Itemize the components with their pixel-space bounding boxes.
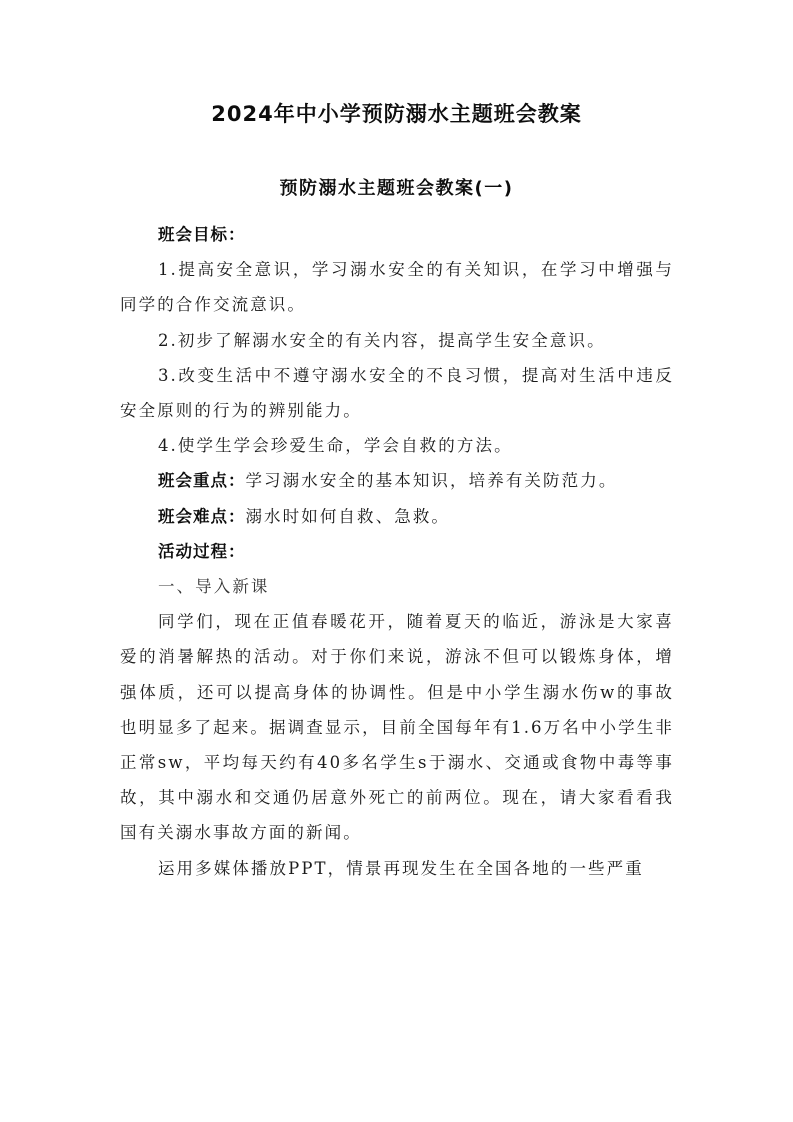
objective-item-4: 4.使学生学会珍爱生命，学会自救的方法。 xyxy=(120,428,674,463)
key-point-label: 班会重点： xyxy=(158,471,246,490)
document-title: 2024年中小学预防溺水主题班会教案 xyxy=(0,98,793,130)
objectives-heading: 班会目标： xyxy=(120,217,674,252)
difficulty-text: 溺水时如何自救、急救。 xyxy=(245,507,450,526)
lesson-plan-subtitle: 预防溺水主题班会教案(一) xyxy=(0,174,793,204)
objective-item-1: 1.提高安全意识，学习溺水安全的有关知识，在学习中增强与同学的合作交流意识。 xyxy=(120,252,674,322)
process-heading: 活动过程： xyxy=(120,534,674,569)
intro-paragraph: 同学们，现在正值春暖花开，随着夏天的临近，游泳是大家喜爱的消暑解热的活动。对于你… xyxy=(120,604,674,850)
objective-item-3: 3.改变生活中不遵守溺水安全的不良习惯，提高对生活中违反安全原则的行为的辨别能力… xyxy=(120,358,674,428)
document-page: 2024年中小学预防溺水主题班会教案 预防溺水主题班会教案(一) 班会目标： 1… xyxy=(0,0,793,1122)
key-point-text: 学习溺水安全的基本知识，培养有关防范力。 xyxy=(245,471,617,490)
difficulty-paragraph: 班会难点：溺水时如何自救、急救。 xyxy=(120,499,674,534)
section-intro-heading: 一、导入新课 xyxy=(120,569,674,604)
document-body: 班会目标： 1.提高安全意识，学习溺水安全的有关知识，在学习中增强与同学的合作交… xyxy=(120,217,674,886)
key-point-paragraph: 班会重点：学习溺水安全的基本知识，培养有关防范力。 xyxy=(120,463,674,498)
difficulty-label: 班会难点： xyxy=(158,507,246,526)
multimedia-paragraph: 运用多媒体播放PPT，情景再现发生在全国各地的一些严重 xyxy=(120,851,674,886)
objective-item-2: 2.初步了解溺水安全的有关内容，提高学生安全意识。 xyxy=(120,323,674,358)
